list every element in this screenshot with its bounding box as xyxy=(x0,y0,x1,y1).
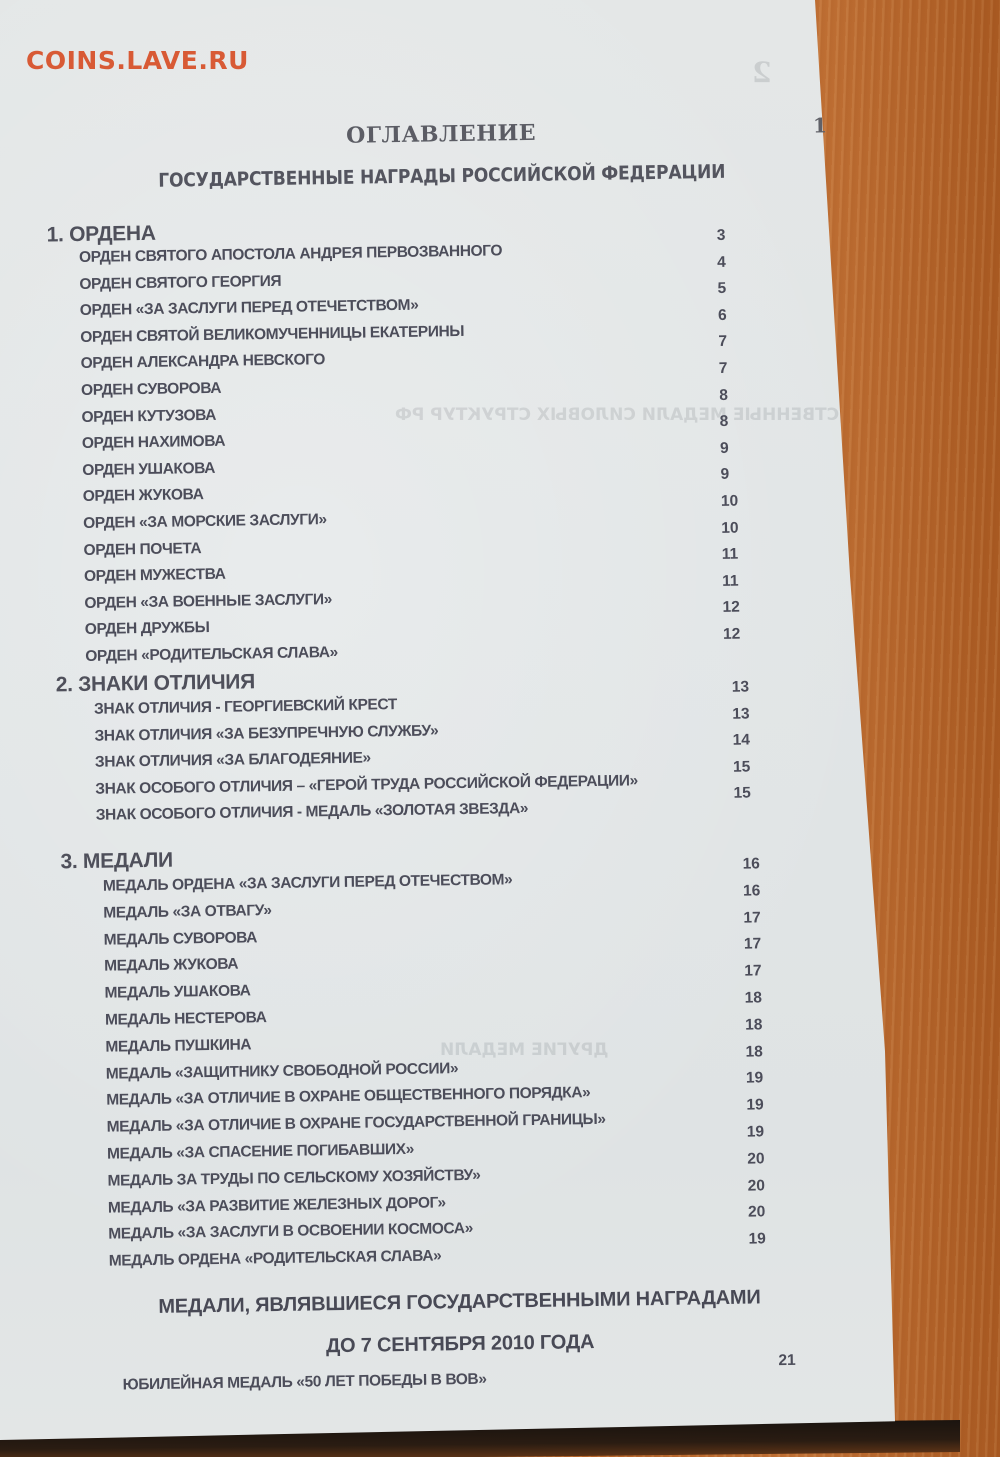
toc-entry-page: 9 xyxy=(720,440,729,458)
toc-entry-page: 16 xyxy=(743,882,761,900)
toc-entry-title: ЗНАК ОТЛИЧИЯ «ЗА БЛАГОДЕЯНИЕ» xyxy=(95,750,371,772)
toc-entry-title: ОРДЕН УШАКОВА xyxy=(82,460,215,480)
toc-entry-title: МЕДАЛЬ УШАКОВА xyxy=(104,983,250,1003)
toc-entry: ОРДЕН ЖУКОВА xyxy=(83,486,204,514)
toc-entry: МЕДАЛЬ ОРДЕНА «ЗА ЗАСЛУГИ ПЕРЕД ОТЕЧЕСТВ… xyxy=(103,871,513,903)
toc-entry-page: 18 xyxy=(745,1043,763,1061)
toc-entry-page: 12 xyxy=(722,599,740,617)
toc-entry: МЕДАЛЬ «ЗА СПАСЕНИЕ ПОГИБАВШИХ» xyxy=(107,1141,414,1172)
toc-entry: ОРДЕН «РОДИТЕЛЬСКАЯ СЛАВА» xyxy=(85,644,338,674)
toc-entry: ЗНАК ОСОБОГО ОТЛИЧИЯ - МЕДАЛЬ «ЗОЛОТАЯ З… xyxy=(96,800,529,833)
toc-entry-title: МЕДАЛЬ СУВОРОВА xyxy=(104,929,258,949)
toc-entry-page: 20 xyxy=(747,1150,765,1168)
toc-entry-page: 7 xyxy=(719,360,728,378)
toc-entry-page: 20 xyxy=(748,1204,766,1222)
toc-entry-title: ОРДЕН «РОДИТЕЛЬСКАЯ СЛАВА» xyxy=(85,644,338,666)
toc-entry-page: 15 xyxy=(733,785,751,803)
toc-entry-page: 5 xyxy=(717,280,726,298)
toc-entry-title: МЕДАЛЬ «ЗА СПАСЕНИЕ ПОГИБАВШИХ» xyxy=(107,1141,414,1164)
toc-entry: ОРДЕН СВЯТОГО АПОСТОЛА АНДРЕЯ ПЕРВОЗВАНН… xyxy=(79,242,502,275)
toc-entry-title: ЗНАК ОТЛИЧИЯ - ГЕОРГИЕВСКИЙ КРЕСТ xyxy=(94,696,397,719)
toc-entry-title: ОРДЕН ДРУЖБЫ xyxy=(85,619,210,639)
toc-entry-title: МЕДАЛЬ ОРДЕНА «РОДИТЕЛЬСКАЯ СЛАВА» xyxy=(109,1248,442,1271)
toc-entry: МЕДАЛЬ ПУШКИНА xyxy=(105,1036,251,1064)
toc-entry-page: 20 xyxy=(748,1177,766,1195)
toc-entry-page: 7 xyxy=(718,333,727,351)
toc-entry-page: 19 xyxy=(748,1231,766,1249)
toc-entry-page: 13 xyxy=(732,679,750,697)
toc-entry: ЗНАК ОТЛИЧИЯ - ГЕОРГИЕВСКИЙ КРЕСТ xyxy=(94,696,397,727)
toc-entry-title: ОРДЕН КУТУЗОВА xyxy=(81,406,216,426)
toc-entry-page: 9 xyxy=(720,466,729,484)
toc-entry-title: МЕДАЛЬ ПУШКИНА xyxy=(105,1036,251,1056)
toc-entry: МЕДАЛЬ НЕСТЕРОВА xyxy=(105,1009,267,1038)
toc-entry-page: 17 xyxy=(743,909,761,927)
toc-entry-page: 14 xyxy=(733,732,751,750)
toc-entry-page: 8 xyxy=(719,386,728,404)
toc-entry-page: 19 xyxy=(747,1123,765,1141)
toc-entry-title: ОРДЕН ПОЧЕТА xyxy=(83,540,201,560)
toc-entry-page: 8 xyxy=(720,413,729,431)
toc-entry-page: 15 xyxy=(733,758,751,776)
section-heading: 1. ОРДЕНА xyxy=(46,222,155,248)
toc-entry-page: 18 xyxy=(745,1016,763,1034)
page-title: ОГЛАВЛЕНИЕ xyxy=(0,114,891,154)
toc-entry-page: 18 xyxy=(745,989,763,1007)
toc-entry-page: 16 xyxy=(742,855,760,873)
toc-entry-page: 3 xyxy=(717,227,726,245)
toc-entry-page: 10 xyxy=(721,493,739,511)
toc-entry-page: 17 xyxy=(744,936,762,954)
toc-entry: МЕДАЛЬ СУВОРОВА xyxy=(104,929,258,957)
toc-entry: ОРДЕН КУТУЗОВА xyxy=(81,406,216,434)
toc-entry: ОРДЕН МУЖЕСТВА xyxy=(84,566,226,594)
toc-subtitle: ГОСУДАРСТВЕННЫЕ НАГРАДЫ РОССИЙСКОЙ ФЕДЕР… xyxy=(0,158,892,194)
toc-entry: ОРДЕН НАХИМОВА xyxy=(82,433,226,461)
toc-entry: МЕДАЛЬ ОРДЕНА «РОДИТЕЛЬСКАЯ СЛАВА» xyxy=(109,1248,442,1279)
toc-entry-page: 11 xyxy=(722,572,739,590)
section-heading: 3. МЕДАЛИ xyxy=(60,849,173,875)
toc-entry: ОРДЕН ДРУЖБЫ xyxy=(85,619,210,647)
former-awards-heading-line2: ДО 7 СЕНТЯБРЯ 2010 ГОДА xyxy=(10,1326,910,1363)
toc-entry-page: 21 xyxy=(778,1352,796,1370)
toc-entry-title: МЕДАЛЬ ОРДЕНА «ЗА ЗАСЛУГИ ПЕРЕД ОТЕЧЕСТВ… xyxy=(103,871,513,895)
toc-entry-page: 10 xyxy=(721,519,739,537)
toc-entry: МЕДАЛЬ ЖУКОВА xyxy=(104,956,238,984)
toc-entry: ЗНАК ОТЛИЧИЯ «ЗА БЛАГОДЕЯНИЕ» xyxy=(95,750,371,780)
toc-entry-title: ОРДЕН СУВОРОВА xyxy=(81,380,221,400)
toc-entry-title: ОРДЕН «ЗА ВОЕННЫЕ ЗАСЛУГИ» xyxy=(84,591,332,613)
toc-entry-page: 12 xyxy=(723,626,741,644)
toc-entry: ОРДЕН «ЗА МОРСКИЕ ЗАСЛУГИ» xyxy=(83,511,327,541)
toc-entry: ЮБИЛЕЙНАЯ МЕДАЛЬ «50 ЛЕТ ПОБЕДЫ В ВОВ» xyxy=(123,1371,487,1403)
toc-entry: ОРДЕН АЛЕКСАНДРА НЕВСКОГО xyxy=(81,352,326,382)
toc-entry-page: 19 xyxy=(746,1070,764,1088)
section-heading: 2. ЗНАКИ ОТЛИЧИЯ xyxy=(56,670,256,697)
toc-entry-title: МЕДАЛЬ «ЗА ОТВАГУ» xyxy=(103,902,271,923)
toc-entry-page: 11 xyxy=(722,546,739,564)
toc-entry-page: 4 xyxy=(717,253,726,271)
toc-entry-title: ОРДЕН МУЖЕСТВА xyxy=(84,566,226,586)
toc-entry-title: ОРДЕН АЛЕКСАНДРА НЕВСКОГО xyxy=(81,352,326,374)
toc-entry: ЗНАК ОТЛИЧИЯ «ЗА БЕЗУПРЕЧНУЮ СЛУЖБУ» xyxy=(94,722,438,753)
toc-entry-title: ОРДЕН НАХИМОВА xyxy=(82,433,225,453)
toc-entry-title: МЕДАЛЬ НЕСТЕРОВА xyxy=(105,1009,267,1030)
toc-entry-title: ЮБИЛЕЙНАЯ МЕДАЛЬ «50 ЛЕТ ПОБЕДЫ В ВОВ» xyxy=(123,1371,487,1395)
toc-entry: ОРДЕН УШАКОВА xyxy=(82,460,215,488)
toc-entry: МЕДАЛЬ «ЗА ОТВАГУ» xyxy=(103,902,272,931)
toc-entry-page: 13 xyxy=(732,705,750,723)
toc-entry: ОРДЕН ПОЧЕТА xyxy=(83,540,201,568)
toc-entry: ОРДЕН СУВОРОВА xyxy=(81,380,221,408)
former-awards-heading-line1: МЕДАЛИ, ЯВЛЯВШИЕСЯ ГОСУДАРСТВЕННЫМИ НАГР… xyxy=(9,1284,909,1321)
toc-entry-title: ОРДЕН СВЯТОГО АПОСТОЛА АНДРЕЯ ПЕРВОЗВАНН… xyxy=(79,242,502,267)
toc-entry-title: ОРДЕН СВЯТОГО ГЕОРГИЯ xyxy=(79,272,281,293)
toc-entry-page: 6 xyxy=(718,307,727,325)
toc-entry: ОРДЕН «ЗА ВОЕННЫЕ ЗАСЛУГИ» xyxy=(84,591,332,621)
toc-entry-page: 17 xyxy=(744,963,762,981)
toc-entry-title: ОРДЕН «ЗА МОРСКИЕ ЗАСЛУГИ» xyxy=(83,511,327,533)
toc-entry: МЕДАЛЬ УШАКОВА xyxy=(104,983,250,1011)
toc-entry-title: МЕДАЛЬ ЖУКОВА xyxy=(104,956,238,976)
toc-entry-page: 19 xyxy=(746,1097,764,1115)
toc-entry: ОРДЕН СВЯТОЙ ВЕЛИКОМУЧЕННИЦЫ ЕКАТЕРИНЫ xyxy=(80,323,464,355)
table-of-contents: ОГЛАВЛЕНИЕ 1 ГОСУДАРСТВЕННЫЕ НАГРАДЫ РОС… xyxy=(0,0,1000,1457)
page-number: 1 xyxy=(813,113,827,137)
toc-entry: ОРДЕН СВЯТОГО ГЕОРГИЯ xyxy=(79,272,281,301)
toc-entry-title: ОРДЕН ЖУКОВА xyxy=(83,486,204,506)
